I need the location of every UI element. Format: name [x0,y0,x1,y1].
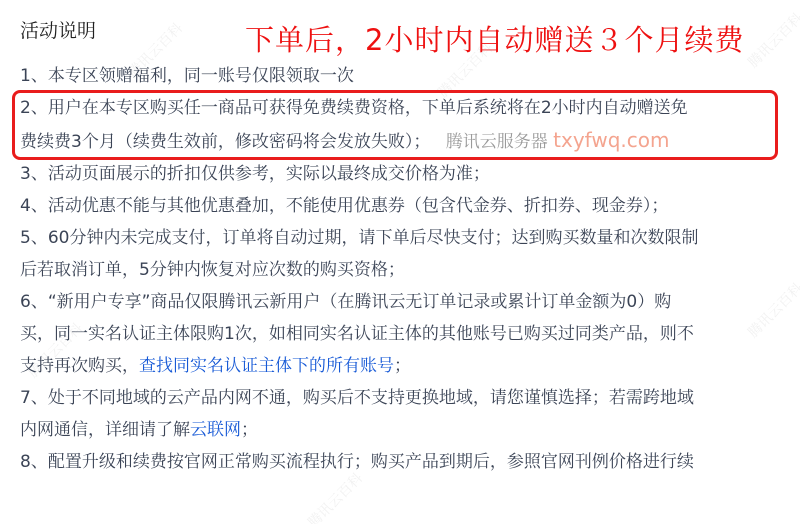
rule-item-6-line-1: 6、“新用户专享”商品仅限腾讯云新用户（在腾讯云无订单记录或累计订单金额为0）购 [20,286,790,318]
rule-item-5-line-1: 5、60分钟内未完成支付，订单将自动过期，请下单后尽快支付；达到购买数量和次数限… [20,222,790,254]
section-title: 活动说明 [20,16,96,43]
rule-item-1: 1、本专区领赠福利，同一账号仅限领取一次 [20,60,790,92]
rule-item-5-line-2: 后若取消订单，5分钟内恢复对应次数的购买资格； [20,254,790,286]
rule-item-6-line-2: 买，同一实名认证主体限购1次，如相同实名认证主体的其他账号已购买过同类产品，则不 [20,318,790,350]
rule-item-4: 4、活动优惠不能与其他优惠叠加，不能使用优惠券（包含代金券、折扣券、现金券）； [20,190,790,222]
find-same-identity-accounts-link[interactable]: 查找同实名认证主体下的所有账号 [139,356,394,376]
rule-item-8: 8、配置升级和续费按官网正常购买流程执行；购买产品到期后，参照官网刊例价格进行续 [20,446,790,478]
red-annotation: 下单后，2小时内自动赠送３个月续费 [245,18,744,59]
rule-item-2-line-1: 2、用户在本专区购买任一商品可获得免费续费资格，下单后系统将在2小时内自动赠送免 [20,92,790,124]
rules-list: 1、本专区领赠福利，同一账号仅限领取一次 2、用户在本专区购买任一商品可获得免费… [20,60,790,478]
rule-item-7-line-2: 内网通信，详细请了解云联网； [20,414,790,446]
inline-watermark-text: 腾讯云服务器 [446,132,548,152]
rule-item-7-line-1: 7、处于不同地域的云产品内网不通，购买后不支持更换地域，请您谨慎选择；若需跨地域 [20,382,790,414]
rule-item-2-line-2: 费续费3个月（续费生效前，修改密码将会发放失败）； 腾讯云服务器 txyfwq.… [20,124,790,158]
rule-item-6-line-3: 支持再次购买，查找同实名认证主体下的所有账号； [20,350,790,382]
cloud-connect-network-link[interactable]: 云联网 [190,420,241,440]
rule-item-3: 3、活动页面展示的折扣仅供参考，实际以最终成交价格为准； [20,158,790,190]
activity-notes-page: 腾讯云百科 腾讯云百科 腾讯云百科 腾讯云百科 腾讯云百科 腾讯云百科 活动说明… [0,0,800,524]
inline-watermark-url: txyfwq.com [553,128,669,152]
